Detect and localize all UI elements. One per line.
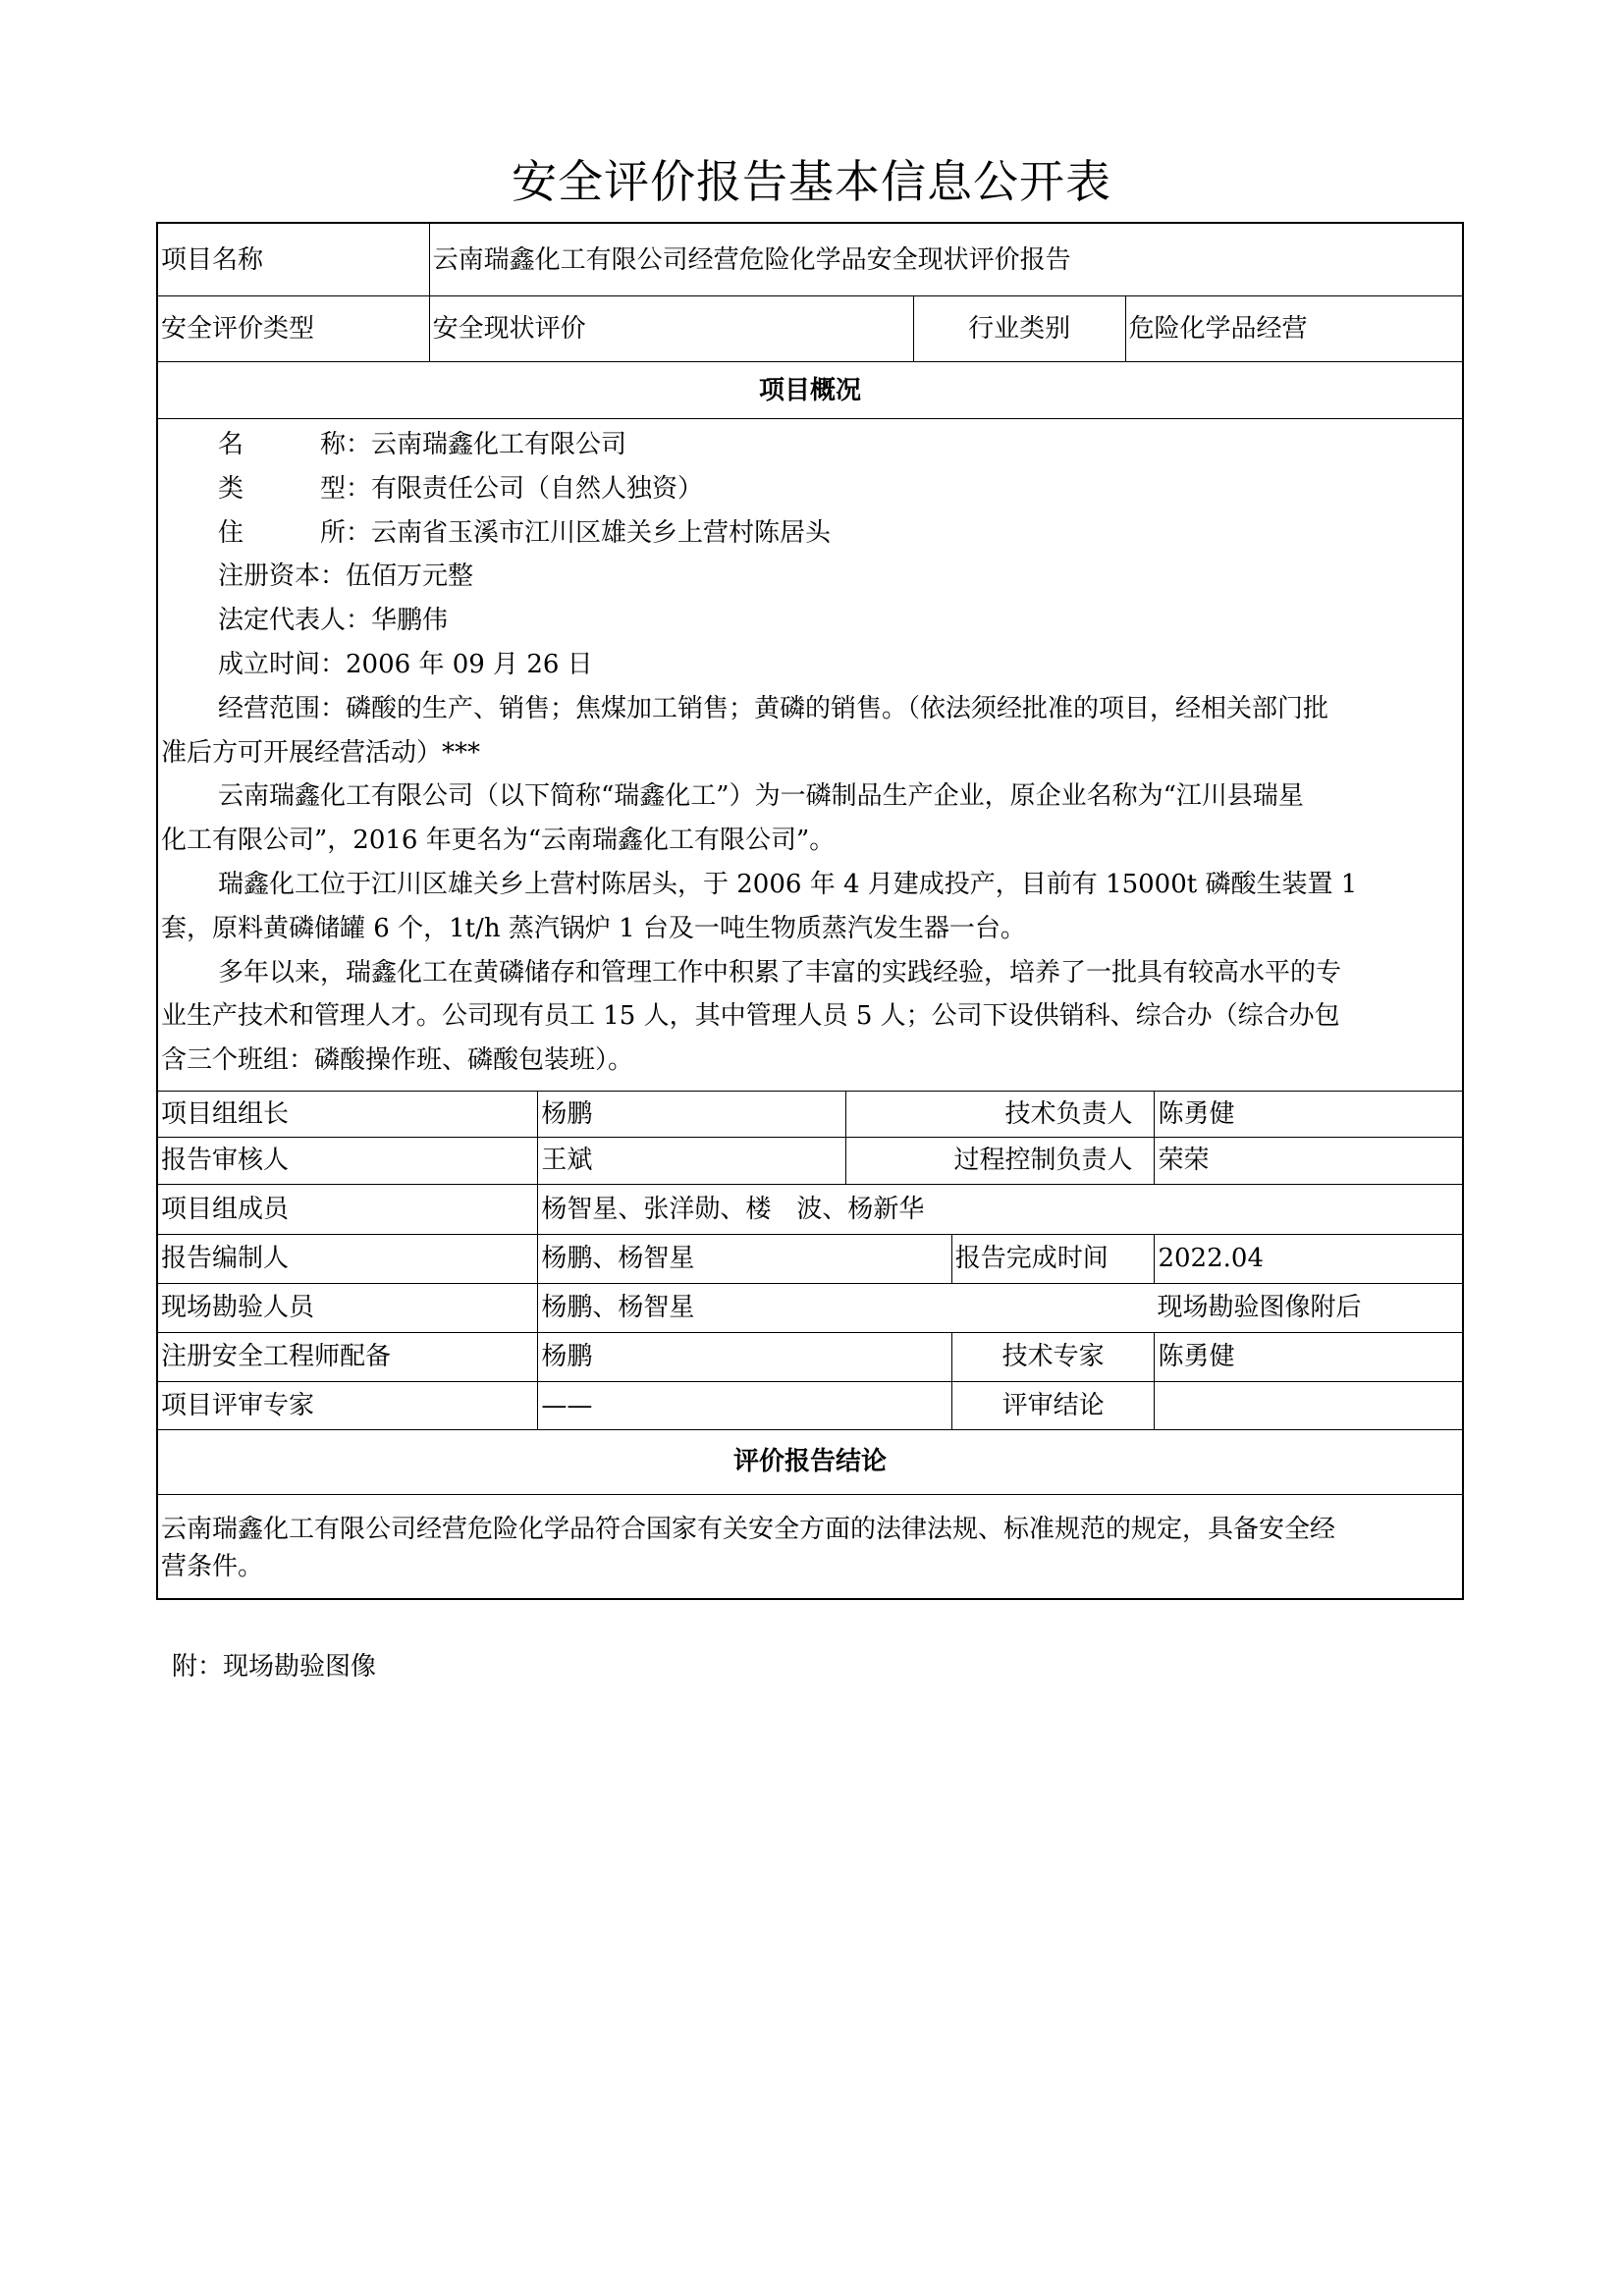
tech-lead-label: 技术负责人: [845, 1092, 1155, 1137]
overview-field-address: 住 所：云南省玉溪市江川区雄关乡上营村陈居头: [161, 511, 1458, 556]
conclusion-heading-row: 评价报告结论: [158, 1429, 1462, 1494]
attachment-note: 附：现场勘验图像: [172, 1652, 376, 1682]
overview-field-type: 类 型：有限责任公司（自然人独资）: [161, 467, 1458, 511]
overview-para2-line-1: 瑞鑫化工位于江川区雄关乡上营村陈居头，于 2006 年 4 月建成投产，目前有 …: [161, 863, 1458, 907]
team-leader-label: 项目组组长: [158, 1092, 537, 1137]
site-survey-value: 杨鹏、杨智星: [537, 1284, 1154, 1332]
industry-value: 危险化学品经营: [1125, 296, 1462, 361]
author-row: 报告编制人 杨鹏、杨智星 报告完成时间 2022.04: [158, 1234, 1462, 1283]
evaluation-type-row: 安全评价类型 安全现状评价 行业类别 危险化学品经营: [158, 295, 1462, 361]
reviewer-row: 报告审核人 王斌 过程控制负责人 荣荣: [158, 1137, 1462, 1184]
project-name-label: 项目名称: [158, 224, 429, 295]
tech-expert-label: 技术专家: [951, 1333, 1155, 1381]
industry-label: 行业类别: [913, 296, 1125, 361]
process-control-label: 过程控制负责人: [845, 1138, 1155, 1184]
site-survey-note: 现场勘验图像附后: [1154, 1284, 1462, 1332]
conclusion-line-1: 云南瑞鑫化工有限公司经营危险化学品符合国家有关安全方面的法律法规、标准规范的规定…: [161, 1511, 1458, 1548]
completion-label: 报告完成时间: [951, 1235, 1155, 1283]
team-leader-value: 杨鹏: [537, 1092, 845, 1137]
review-conclusion-label: 评审结论: [951, 1382, 1155, 1429]
overview-para1-line-1: 云南瑞鑫化工有限公司（以下简称“瑞鑫化工”）为一磷制品生产企业，原企业名称为“江…: [161, 774, 1458, 819]
tech-expert-value: 陈勇健: [1154, 1333, 1462, 1381]
team-leader-row: 项目组组长 杨鹏 技术负责人 陈勇健: [158, 1091, 1462, 1137]
project-name-value: 云南瑞鑫化工有限公司经营危险化学品安全现状评价报告: [429, 224, 1462, 295]
overview-field-legal-rep: 法定代表人：华鹏伟: [161, 599, 1458, 643]
tech-lead-value: 陈勇健: [1154, 1092, 1462, 1137]
overview-para2-line-2: 套，原料黄磷储罐 6 个，1t/h 蒸汽锅炉 1 台及一吨生物质蒸汽发生器一台。: [161, 907, 1458, 951]
reviewer-label: 报告审核人: [158, 1138, 537, 1184]
overview-para1-line-2: 化工有限公司”，2016 年更名为“云南瑞鑫化工有限公司”。: [161, 819, 1458, 863]
site-survey-label: 现场勘验人员: [158, 1284, 537, 1332]
engineer-value: 杨鹏: [537, 1333, 950, 1381]
evaluation-type-label: 安全评价类型: [158, 296, 429, 361]
engineer-row: 注册安全工程师配备 杨鹏 技术专家 陈勇健: [158, 1332, 1462, 1381]
project-name-row: 项目名称 云南瑞鑫化工有限公司经营危险化学品安全现状评价报告: [158, 224, 1462, 295]
site-survey-row: 现场勘验人员 杨鹏、杨智星 现场勘验图像附后: [158, 1283, 1462, 1332]
members-label: 项目组成员: [158, 1185, 537, 1234]
engineer-label: 注册安全工程师配备: [158, 1333, 537, 1381]
review-expert-label: 项目评审专家: [158, 1382, 537, 1429]
overview-para3-line-2: 业生产技术和管理人才。公司现有员工 15 人，其中管理人员 5 人；公司下设供销…: [161, 994, 1458, 1039]
conclusion-body-row: 云南瑞鑫化工有限公司经营危险化学品符合国家有关安全方面的法律法规、标准规范的规定…: [158, 1494, 1462, 1598]
overview-para3-line-1: 多年以来，瑞鑫化工在黄磷储存和管理工作中积累了丰富的实践经验，培养了一批具有较高…: [161, 951, 1458, 995]
overview-field-name: 名 称：云南瑞鑫化工有限公司: [161, 423, 1458, 467]
overview-field-founded: 成立时间：2006 年 09 月 26 日: [161, 643, 1458, 687]
overview-field-capital: 注册资本：伍佰万元整: [161, 555, 1458, 599]
info-table: 项目名称 云南瑞鑫化工有限公司经营危险化学品安全现状评价报告 安全评价类型 安全…: [156, 222, 1464, 1600]
completion-value: 2022.04: [1154, 1235, 1462, 1283]
review-expert-value: ——: [537, 1382, 950, 1429]
overview-scope-line-1: 经营范围：磷酸的生产、销售；焦煤加工销售；黄磷的销售。（依法须经批准的项目，经相…: [161, 687, 1458, 731]
overview-para3-line-3: 含三个班组：磷酸操作班、磷酸包装班）。: [161, 1039, 1458, 1083]
overview-heading: 项目概况: [158, 362, 1462, 418]
process-control-value: 荣荣: [1154, 1138, 1462, 1184]
members-value: 杨智星、张洋勋、楼 波、杨新华: [537, 1185, 1462, 1234]
conclusion-heading: 评价报告结论: [158, 1430, 1462, 1494]
reviewer-value: 王斌: [537, 1138, 845, 1184]
overview-body-row: 名 称：云南瑞鑫化工有限公司 类 型：有限责任公司（自然人独资） 住 所：云南省…: [158, 418, 1462, 1091]
review-expert-row: 项目评审专家 —— 评审结论: [158, 1381, 1462, 1429]
evaluation-type-value: 安全现状评价: [429, 296, 913, 361]
page-title: 安全评价报告基本信息公开表: [0, 153, 1623, 210]
conclusion-line-2: 营条件。: [161, 1548, 1458, 1585]
author-label: 报告编制人: [158, 1235, 537, 1283]
overview-heading-row: 项目概况: [158, 361, 1462, 418]
review-conclusion-value: [1154, 1382, 1462, 1429]
members-row: 项目组成员 杨智星、张洋勋、楼 波、杨新华: [158, 1184, 1462, 1234]
conclusion-body: 云南瑞鑫化工有限公司经营危险化学品符合国家有关安全方面的法律法规、标准规范的规定…: [158, 1495, 1462, 1598]
author-value: 杨鹏、杨智星: [537, 1235, 950, 1283]
overview-body: 名 称：云南瑞鑫化工有限公司 类 型：有限责任公司（自然人独资） 住 所：云南省…: [158, 419, 1462, 1091]
overview-scope-line-2: 准后方可开展经营活动）***: [161, 731, 1458, 775]
